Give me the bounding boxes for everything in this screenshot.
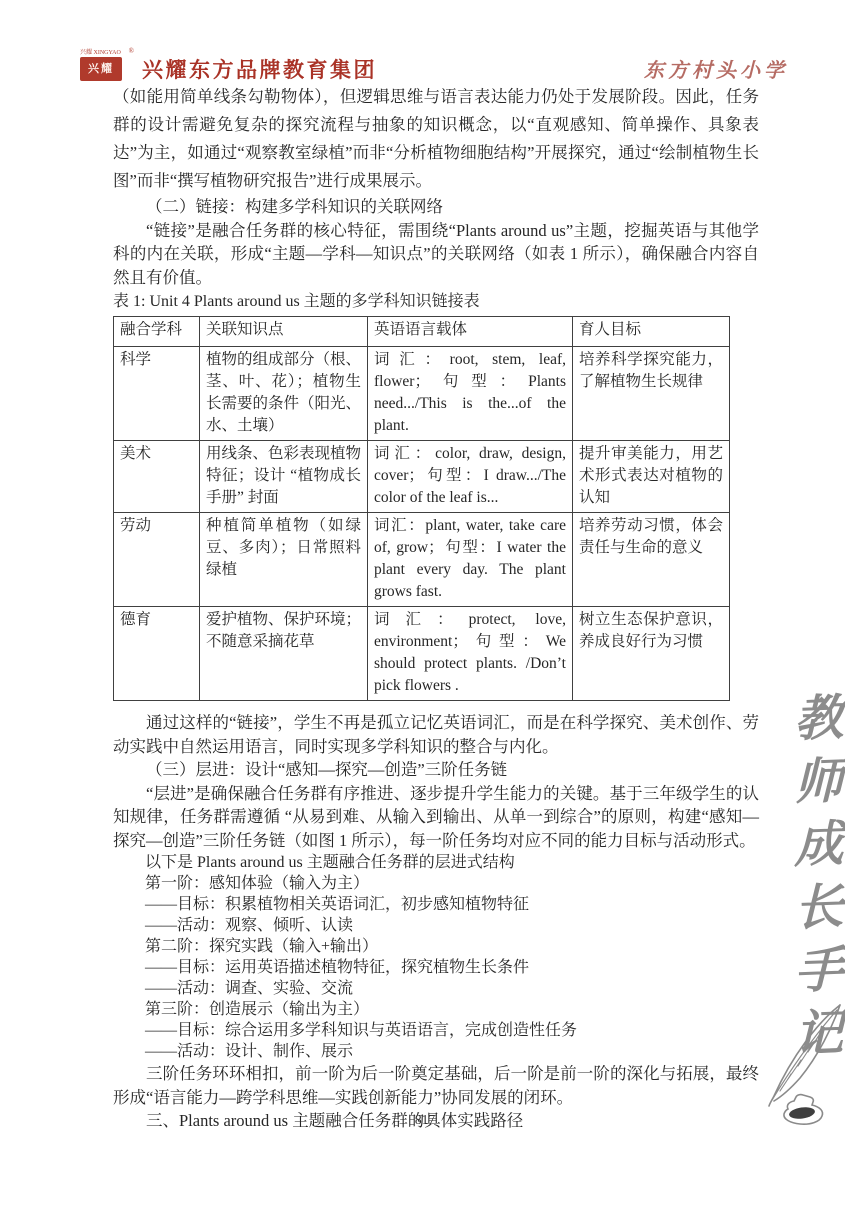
col-header-subject: 融合学科 <box>114 317 200 347</box>
seal-box: 兴耀 <box>80 57 122 81</box>
table-caption: 表 1: Unit 4 Plants around us 主题的多学科知识链接表 <box>113 291 759 313</box>
table-row: 劳动 种植简单植物（如绿豆、多肉）；日常照料绿植 词汇：plant, water… <box>114 513 730 607</box>
brand-title: 兴耀东方品牌教育集团 <box>142 54 377 84</box>
school-name: 东方村头小学 <box>644 54 788 83</box>
table-row: 科学 植物的组成部分（根、茎、叶、花）；植物生长需要的条件（阳光、水、土壤） 词… <box>114 347 730 441</box>
cell-subject: 科学 <box>114 347 200 441</box>
col-header-english: 英语语言载体 <box>368 317 573 347</box>
page-number: 817 <box>0 1112 850 1128</box>
cell-english: 词汇：root, stem, leaf, flower；句型：Plants ne… <box>368 347 573 441</box>
list-line: ——活动：设计、制作、展示 <box>113 1041 759 1062</box>
list-line: 以下是 Plants around us 主题融合任务群的层进式结构 <box>113 852 759 873</box>
cell-knowledge: 爱护植物、保护环境；不随意采摘花草 <box>200 607 368 701</box>
list-line: ——目标：运用英语描述植物特征，探究植物生长条件 <box>113 957 759 978</box>
body-paragraph: （如能用简单线条勾勒物体），但逻辑思维与语言表达能力仍处于发展阶段。因此，任务群… <box>113 83 759 195</box>
list-line: ——活动：调查、实验、交流 <box>113 978 759 999</box>
document-page: 兴耀 XINGYAO 兴耀 ® 兴耀东方品牌教育集团 东方村头小学 （如能用简单… <box>0 0 850 1205</box>
cell-goal: 培养科学探究能力，了解植物生长规律 <box>573 347 730 441</box>
registered-mark: ® <box>129 47 134 55</box>
section-heading-3: （三）层进：设计“感知—探究—创造”三阶任务链 <box>113 758 759 782</box>
brand-seal-logo: 兴耀 XINGYAO 兴耀 ® <box>80 50 130 86</box>
body-paragraph: 三阶任务环环相扣，前一阶为后一阶奠定基础，后一阶是前一阶的深化与拓展，最终形成“… <box>113 1062 759 1109</box>
cell-subject: 德育 <box>114 607 200 701</box>
cell-goal: 提升审美能力，用艺术形式表达对植物的认知 <box>573 441 730 513</box>
list-line: 第二阶：探究实践（输入+输出） <box>113 936 759 957</box>
list-line: ——目标：综合运用多学科知识与英语语言，完成创造性任务 <box>113 1020 759 1041</box>
list-line: ——目标：积累植物相关英语词汇，初步感知植物特征 <box>113 894 759 915</box>
body-paragraph: 通过这样的“链接”，学生不再是孤立记忆英语词汇，而是在科学探究、美术创作、劳动实… <box>113 711 759 758</box>
list-line: 第一阶：感知体验（输入为主） <box>113 873 759 894</box>
cell-knowledge: 用线条、色彩表现植物特征；设计 “植物成长手册” 封面 <box>200 441 368 513</box>
list-line: ——活动：观察、倾听、认读 <box>113 915 759 936</box>
col-header-goal: 育人目标 <box>573 317 730 347</box>
table-header-row: 融合学科 关联知识点 英语语言载体 育人目标 <box>114 317 730 347</box>
body-paragraph: “层进”是确保融合任务群有序推进、逐步提升学生能力的关键。基于三年级学生的认知规… <box>113 782 759 853</box>
cell-goal: 培养劳动习惯，体会责任与生命的意义 <box>573 513 730 607</box>
cell-knowledge: 植物的组成部分（根、茎、叶、花）；植物生长需要的条件（阳光、水、土壤） <box>200 347 368 441</box>
document-body: （如能用简单线条勾勒物体），但逻辑思维与语言表达能力仍处于发展阶段。因此，任务群… <box>113 83 759 1133</box>
cell-knowledge: 种植简单植物（如绿豆、多肉）；日常照料绿植 <box>200 513 368 607</box>
knowledge-link-table: 融合学科 关联知识点 英语语言载体 育人目标 科学 植物的组成部分（根、茎、叶、… <box>113 316 730 701</box>
seal-subtext: 兴耀 XINGYAO <box>80 50 130 57</box>
table-row: 美术 用线条、色彩表现植物特征；设计 “植物成长手册” 封面 词汇：color,… <box>114 441 730 513</box>
body-paragraph: “链接”是融合任务群的核心特征，需围绕“Plants around us”主题，… <box>113 219 759 290</box>
cell-goal: 树立生态保护意识，养成良好行为习惯 <box>573 607 730 701</box>
cell-subject: 劳动 <box>114 513 200 607</box>
col-header-knowledge: 关联知识点 <box>200 317 368 347</box>
cell-english: 词汇：plant, water, take care of, grow；句型：I… <box>368 513 573 607</box>
cell-english: 词汇：protect, love, environment；句型：We shou… <box>368 607 573 701</box>
cell-subject: 美术 <box>114 441 200 513</box>
section-heading-2: （二）链接：构建多学科知识的关联网络 <box>113 195 759 219</box>
list-line: 第三阶：创造展示（输出为主） <box>113 999 759 1020</box>
cell-english: 词汇：color, draw, design, cover；句型：I draw.… <box>368 441 573 513</box>
table-row: 德育 爱护植物、保护环境；不随意采摘花草 词汇：protect, love, e… <box>114 607 730 701</box>
